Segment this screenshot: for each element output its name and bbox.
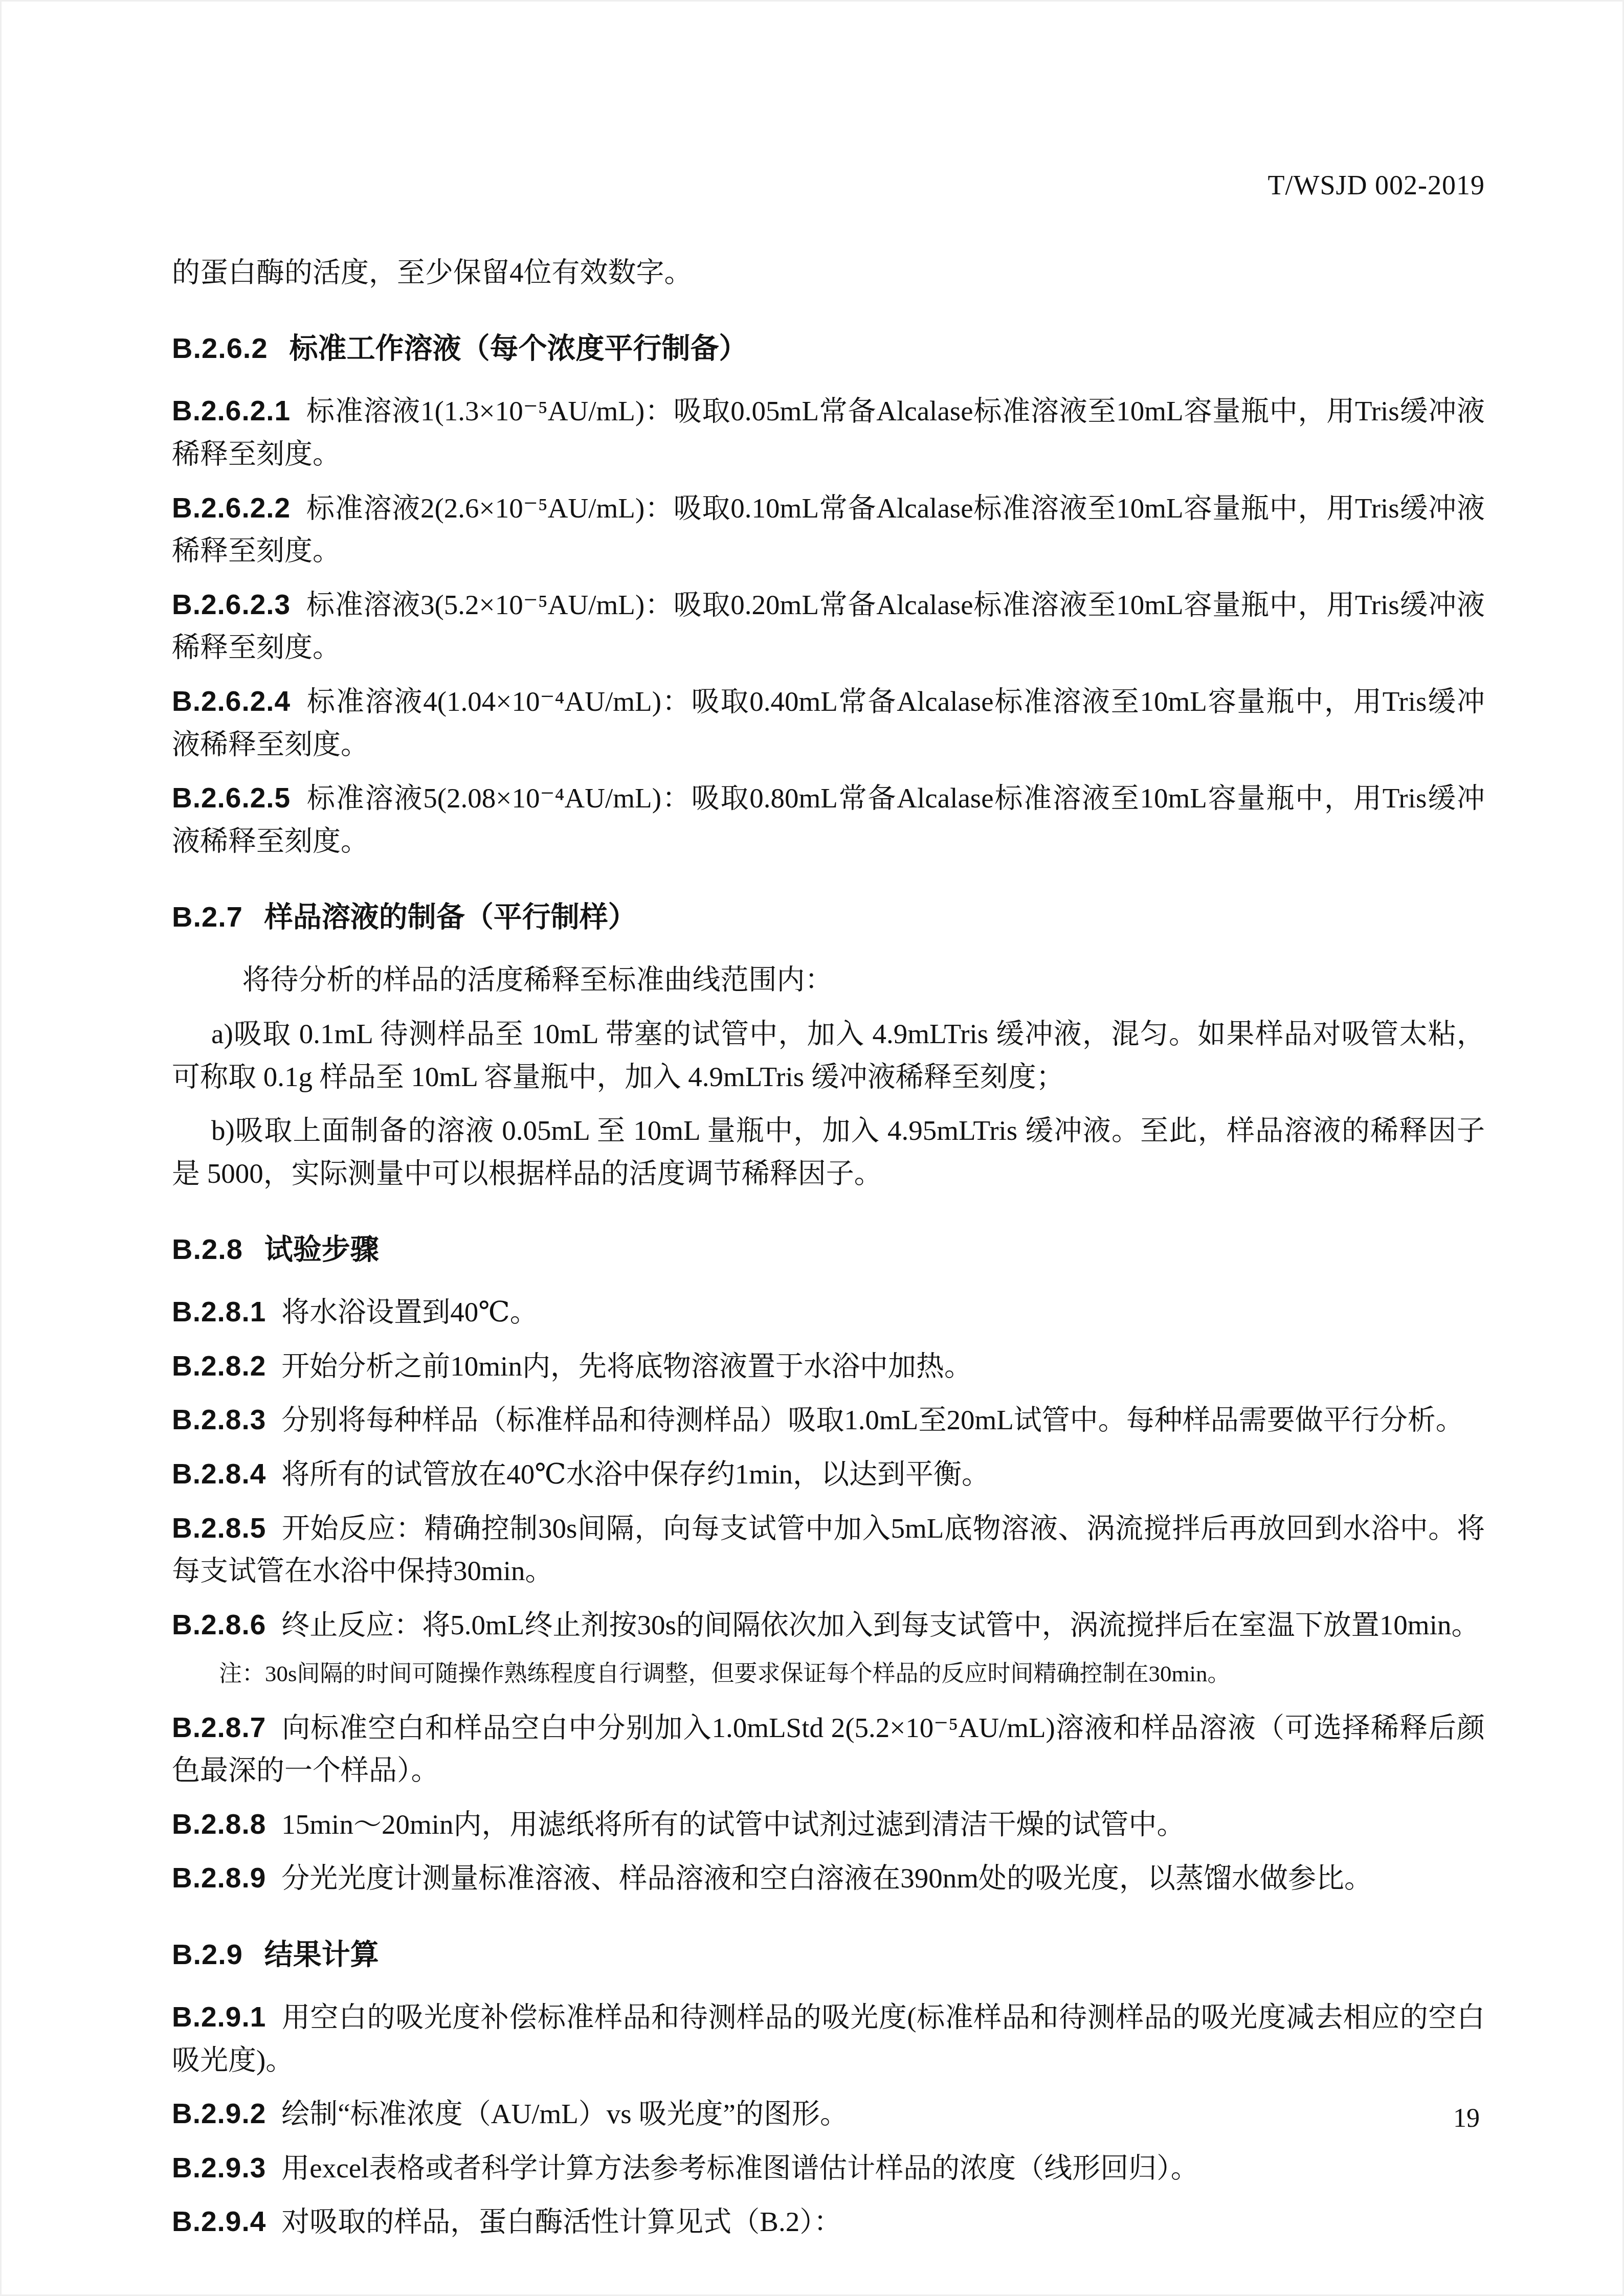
clause-number: B.2.8.1 xyxy=(172,1296,266,1327)
clause-paragraph-b291: B.2.9.1用空白的吸光度补偿标准样品和待测样品的吸光度(标准样品和待测样品的… xyxy=(172,1996,1485,2081)
clause-text: 向标准空白和样品空白中分别加入1.0mLStd 2(5.2×10⁻⁵AU/mL)… xyxy=(172,1712,1485,1786)
clause-text: 标准溶液1(1.3×10⁻⁵AU/mL)：吸取0.05mL常备Alcalase标… xyxy=(172,395,1485,469)
list-item-a: a)吸取 0.1mL 待测样品至 10mL 带塞的试管中，加入 4.9mLTri… xyxy=(172,1012,1485,1098)
clause-paragraph-b283: B.2.8.3分别将每种样品（标准样品和待测样品）吸取1.0mL至20mL试管中… xyxy=(172,1399,1485,1442)
clause-text: 标准溶液5(2.08×10⁻⁴AU/mL)：吸取0.80mL常备Alcalase… xyxy=(172,782,1485,857)
clause-number: B.2.8.8 xyxy=(172,1808,266,1840)
clause-number: B.2.9.1 xyxy=(172,2001,266,2033)
clause-number: B.2.8.4 xyxy=(172,1458,266,1490)
clause-text: 用空白的吸光度补偿标准样品和待测样品的吸光度(标准样品和待测样品的吸光度减去相应… xyxy=(172,2001,1485,2076)
section-title: 试验步骤 xyxy=(264,1233,379,1265)
section-heading-b262: B.2.6.2标准工作溶液（每个浓度平行制备） xyxy=(172,330,1485,366)
clause-text: 用excel表格或者科学计算方法参考标准图谱估计样品的浓度（线形回归）。 xyxy=(281,2152,1199,2184)
section-title: 样品溶液的制备（平行制样） xyxy=(264,901,637,933)
section-title: 结果计算 xyxy=(264,1938,379,1970)
section-number: B.2.8 xyxy=(172,1233,243,1265)
clause-number: B.2.9.3 xyxy=(172,2152,266,2184)
clause-paragraph-b281: B.2.8.1将水浴设置到40℃。 xyxy=(172,1291,1485,1334)
section-heading-b27: B.2.7样品溶液的制备（平行制样） xyxy=(172,899,1485,935)
document-page: T/WSJD 002-2019 的蛋白酶的活度，至少保留4位有效数字。 B.2.… xyxy=(0,0,1624,2296)
section-number: B.2.6.2 xyxy=(172,332,268,364)
clause-text: 15min～20min内，用滤纸将所有的试管中试剂过滤到清洁干燥的试管中。 xyxy=(281,1809,1185,1840)
lead-paragraph: 将待分析的样品的活度稀释至标准曲线范围内： xyxy=(172,958,1485,1001)
clause-number: B.2.8.5 xyxy=(172,1512,266,1544)
clause-text: 将所有的试管放在40℃水浴中保存约1min，以达到平衡。 xyxy=(281,1458,990,1490)
clause-text: 分别将每种样品（标准样品和待测样品）吸取1.0mL至20mL试管中。每种样品需要… xyxy=(281,1404,1464,1435)
clause-text: 将水浴设置到40℃。 xyxy=(281,1296,538,1327)
clause-text: 对吸取的样品，蛋白酶活性计算见式（B.2）： xyxy=(281,2206,841,2237)
section-title: 标准工作溶液（每个浓度平行制备） xyxy=(290,332,748,364)
clause-number: B.2.6.2.5 xyxy=(172,782,291,814)
section-number: B.2.7 xyxy=(172,901,243,933)
clause-paragraph-b289: B.2.8.9分光光度计测量标准溶液、样品溶液和空白溶液在390nm处的吸光度，… xyxy=(172,1857,1485,1900)
clause-paragraph-b2622: B.2.6.2.2标准溶液2(2.6×10⁻⁵AU/mL)：吸取0.10mL常备… xyxy=(172,487,1485,572)
clause-paragraph-b2623: B.2.6.2.3标准溶液3(5.2×10⁻⁵AU/mL)：吸取0.20mL常备… xyxy=(172,583,1485,669)
header-doc-code: T/WSJD 002-2019 xyxy=(172,169,1485,202)
clause-paragraph-b286: B.2.8.6终止反应：将5.0mL终止剂按30s的间隔依次加入到每支试管中，涡… xyxy=(172,1604,1485,1647)
clause-number: B.2.8.6 xyxy=(172,1609,266,1640)
clause-number: B.2.8.7 xyxy=(172,1712,266,1743)
clause-text: 分光光度计测量标准溶液、样品溶液和空白溶液在390nm处的吸光度，以蒸馏水做参比… xyxy=(281,1862,1372,1894)
clause-text: 标准溶液2(2.6×10⁻⁵AU/mL)：吸取0.10mL常备Alcalase标… xyxy=(172,492,1485,567)
clause-paragraph-b292: B.2.9.2绘制“标准浓度（AU/mL）vs 吸光度”的图形。 xyxy=(172,2092,1485,2135)
clause-text: 标准溶液4(1.04×10⁻⁴AU/mL)：吸取0.40mL常备Alcalase… xyxy=(172,686,1485,760)
intro-paragraph: 的蛋白酶的活度，至少保留4位有效数字。 xyxy=(172,251,1485,294)
clause-paragraph-b2625: B.2.6.2.5标准溶液5(2.08×10⁻⁴AU/mL)：吸取0.80mL常… xyxy=(172,777,1485,862)
clause-paragraph-b2621: B.2.6.2.1标准溶液1(1.3×10⁻⁵AU/mL)：吸取0.05mL常备… xyxy=(172,390,1485,475)
clause-paragraph-b284: B.2.8.4将所有的试管放在40℃水浴中保存约1min，以达到平衡。 xyxy=(172,1453,1485,1496)
clause-paragraph-b282: B.2.8.2开始分析之前10min内，先将底物溶液置于水浴中加热。 xyxy=(172,1345,1485,1388)
clause-paragraph-b288: B.2.8.815min～20min内，用滤纸将所有的试管中试剂过滤到清洁干燥的… xyxy=(172,1803,1485,1846)
clause-paragraph-b287: B.2.8.7向标准空白和样品空白中分别加入1.0mLStd 2(5.2×10⁻… xyxy=(172,1706,1485,1792)
clause-number: B.2.6.2.4 xyxy=(172,685,291,717)
clause-number: B.2.6.2.1 xyxy=(172,395,291,426)
section-number: B.2.9 xyxy=(172,1938,243,1970)
clause-text: 开始分析之前10min内，先将底物溶液置于水浴中加热。 xyxy=(281,1350,972,1382)
clause-paragraph-b293: B.2.9.3用excel表格或者科学计算方法参考标准图谱估计样品的浓度（线形回… xyxy=(172,2147,1485,2190)
clause-number: B.2.9.4 xyxy=(172,2205,266,2237)
clause-number: B.2.9.2 xyxy=(172,2098,266,2129)
clause-number: B.2.8.2 xyxy=(172,1350,266,1382)
page-number: 19 xyxy=(1453,2103,1480,2133)
clause-paragraph-b2624: B.2.6.2.4标准溶液4(1.04×10⁻⁴AU/mL)：吸取0.40mL常… xyxy=(172,680,1485,766)
list-item-b: b)吸取上面制备的溶液 0.05mL 至 10mL 量瓶中，加入 4.95mLT… xyxy=(172,1109,1485,1195)
clause-number: B.2.8.9 xyxy=(172,1862,266,1894)
note-paragraph: 注：30s间隔的时间可随操作熟练程度自行调整，但要求保证每个样品的反应时间精确控… xyxy=(172,1657,1485,1691)
clause-paragraph-b285: B.2.8.5开始反应：精确控制30s间隔，向每支试管中加入5mL底物溶液、涡流… xyxy=(172,1507,1485,1592)
clause-number: B.2.8.3 xyxy=(172,1404,266,1435)
section-heading-b29: B.2.9结果计算 xyxy=(172,1937,1485,1972)
clause-text: 绘制“标准浓度（AU/mL）vs 吸光度”的图形。 xyxy=(281,2098,848,2129)
clause-paragraph-b294: B.2.9.4对吸取的样品，蛋白酶活性计算见式（B.2）： xyxy=(172,2200,1485,2243)
clause-number: B.2.6.2.3 xyxy=(172,589,291,620)
clause-text: 标准溶液3(5.2×10⁻⁵AU/mL)：吸取0.20mL常备Alcalase标… xyxy=(172,589,1485,663)
clause-text: 开始反应：精确控制30s间隔，向每支试管中加入5mL底物溶液、涡流搅拌后再放回到… xyxy=(172,1513,1485,1587)
section-heading-b28: B.2.8试验步骤 xyxy=(172,1231,1485,1267)
page-content: T/WSJD 002-2019 的蛋白酶的活度，至少保留4位有效数字。 B.2.… xyxy=(0,0,1624,2243)
clause-number: B.2.6.2.2 xyxy=(172,492,291,524)
clause-text: 终止反应：将5.0mL终止剂按30s的间隔依次加入到每支试管中，涡流搅拌后在室温… xyxy=(281,1609,1479,1640)
